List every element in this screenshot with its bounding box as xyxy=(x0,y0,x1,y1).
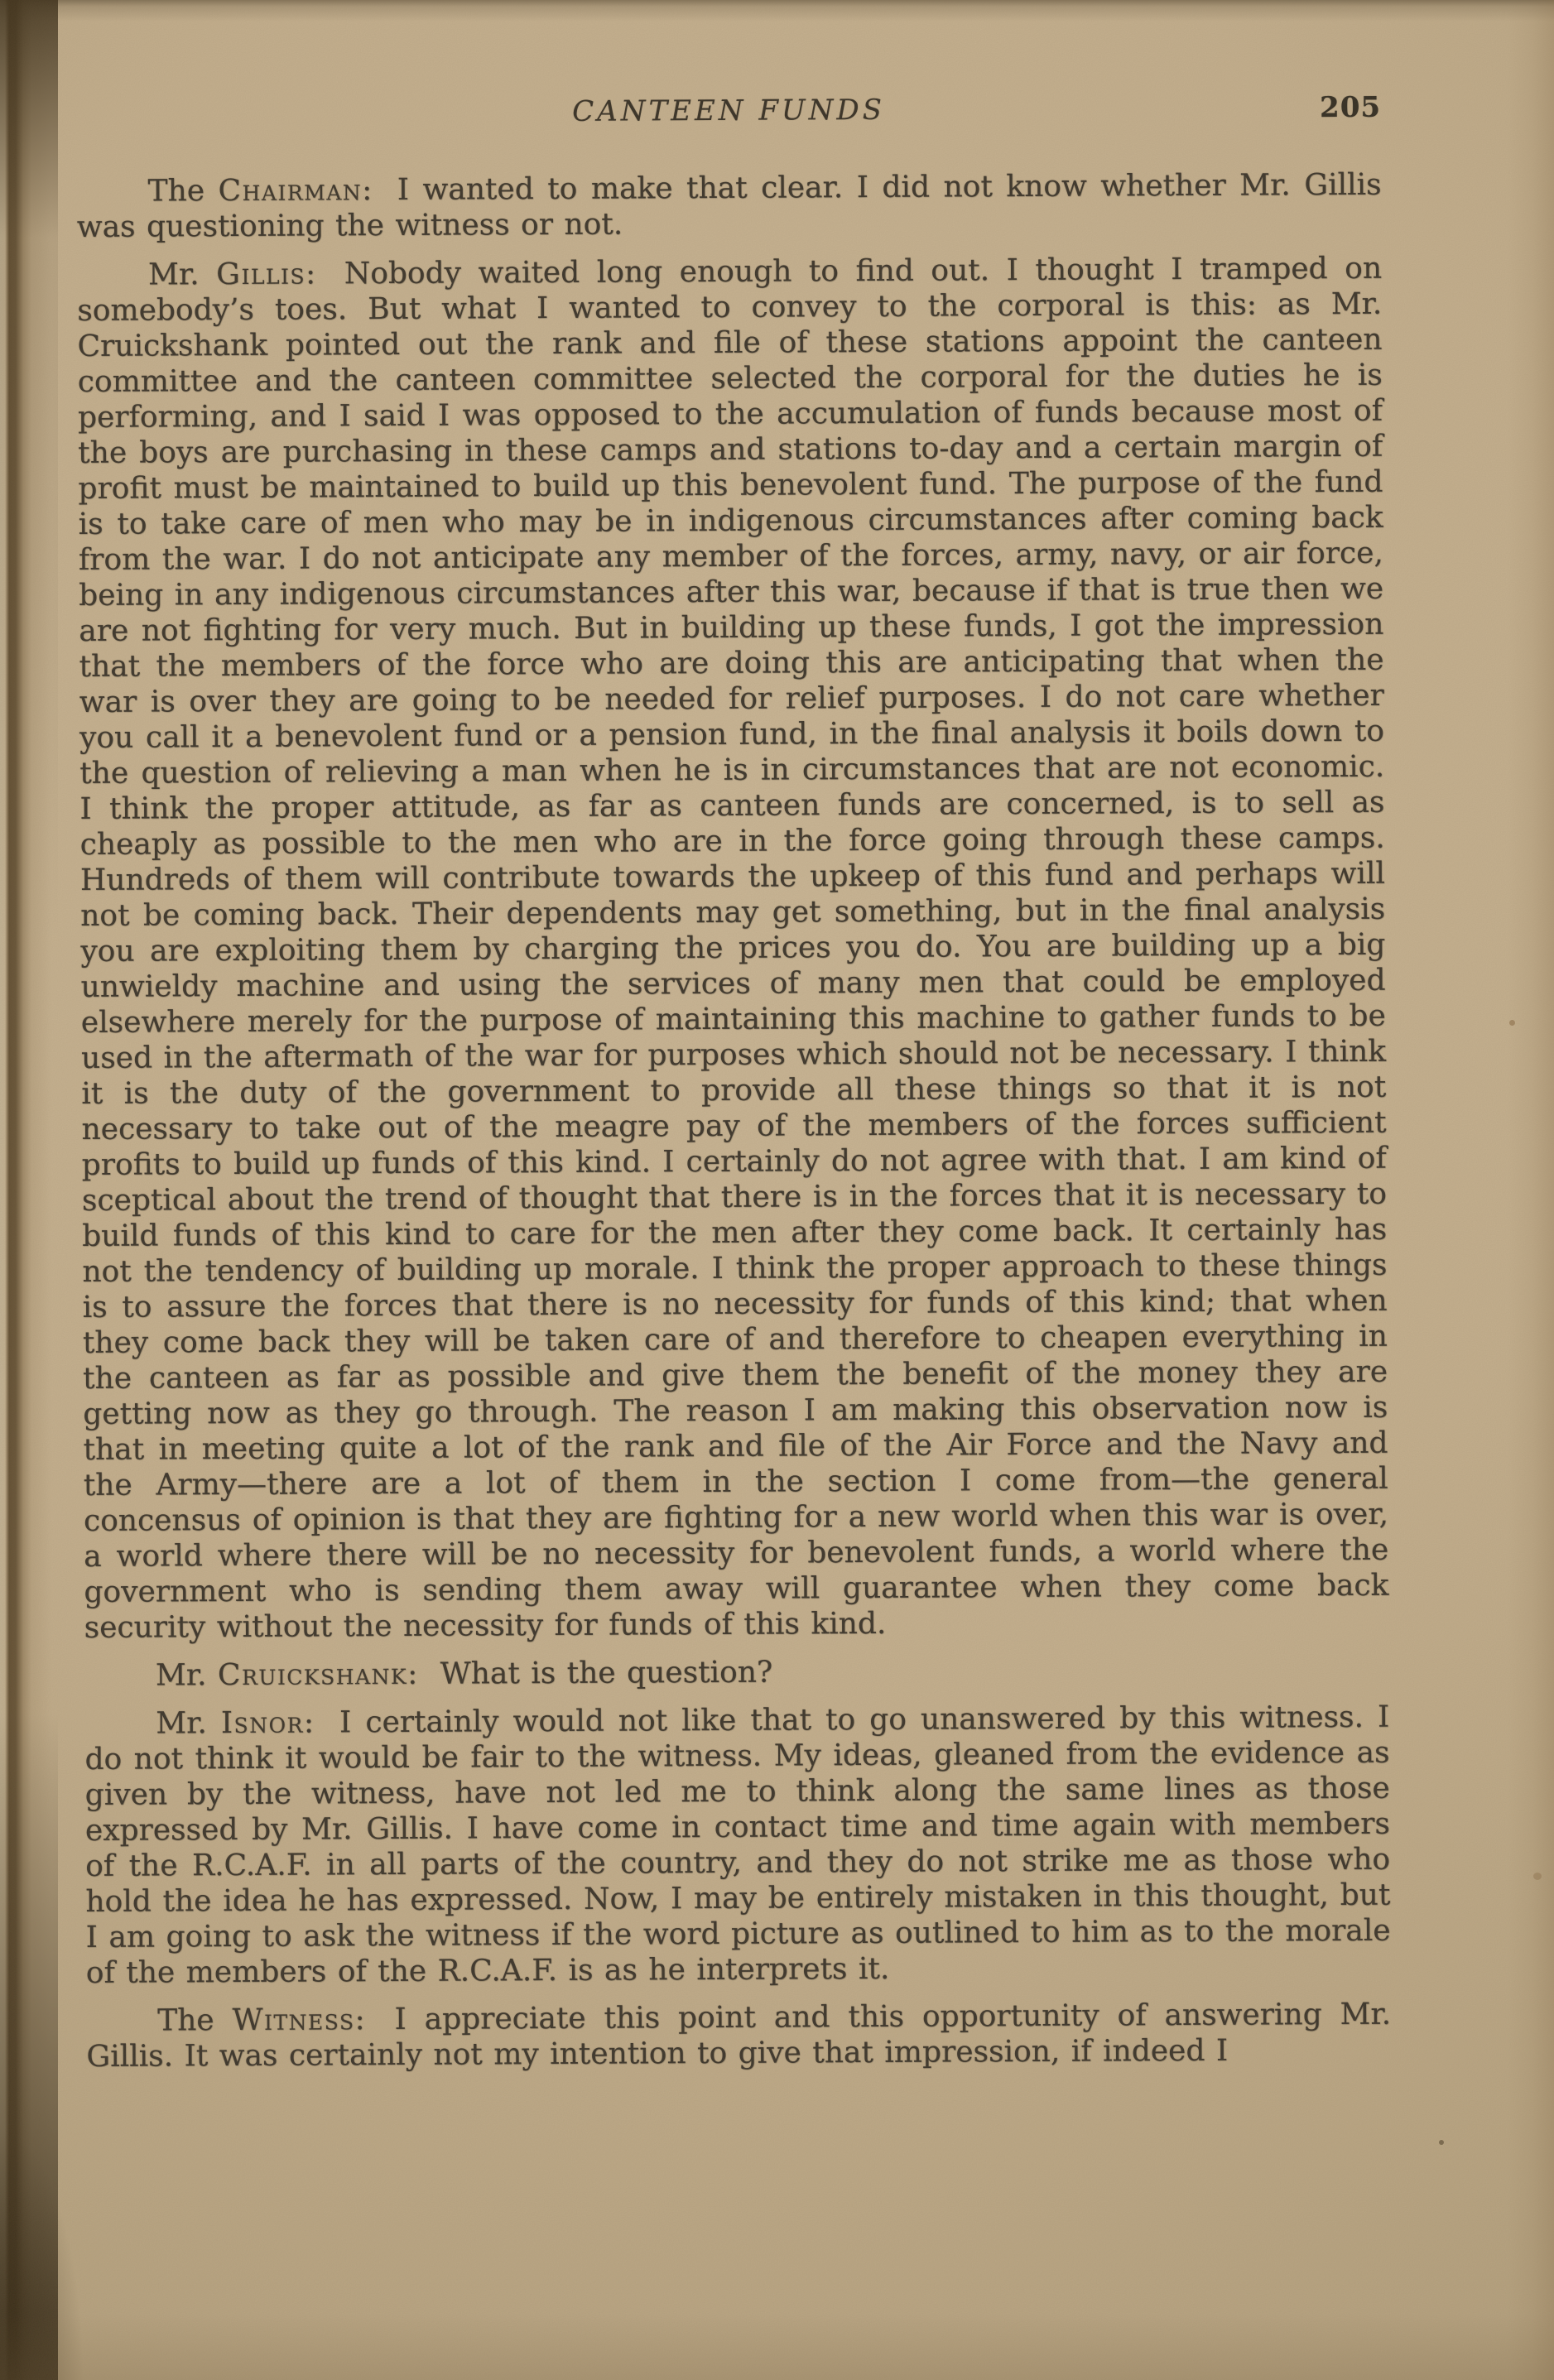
transcript-paragraph: Mr. Cruickshank: What is the question? xyxy=(84,1652,1389,1694)
speaker-prefix: The xyxy=(157,2003,233,2037)
speaker-name: Gillis xyxy=(216,257,306,292)
speaker-name: Chairman xyxy=(218,173,362,208)
paper-speck xyxy=(1439,2140,1444,2145)
speaker-colon: : xyxy=(306,257,315,291)
book-binding-gutter-shadow xyxy=(0,0,58,2380)
speaker-colon: : xyxy=(304,1706,314,1740)
paragraph-text: Nobody waited long enough to find out. I… xyxy=(77,252,1388,1645)
transcript-paragraph: The Witness: I appreciate this point and… xyxy=(86,1997,1391,2075)
speaker-prefix: Mr. xyxy=(156,1658,218,1692)
speaker-name: Witness xyxy=(232,2003,354,2037)
page-content: CANTEEN FUNDS 205 The Chairman: I wanted… xyxy=(76,91,1392,2087)
transcript-paragraph: Mr. Isnor: I certainly would not like th… xyxy=(84,1700,1391,1991)
paragraph-text: What is the question? xyxy=(429,1656,772,1691)
speaker-name: Isnor xyxy=(221,1706,304,1741)
scanned-book-page: CANTEEN FUNDS 205 The Chairman: I wanted… xyxy=(0,0,1554,2380)
speaker-colon: : xyxy=(407,1657,417,1691)
page-header: CANTEEN FUNDS 205 xyxy=(76,91,1381,133)
page-right-edge-shading xyxy=(1508,0,1554,2380)
speaker-prefix: The xyxy=(147,174,218,208)
transcript-body: The Chairman: I wanted to make that clea… xyxy=(76,167,1391,2075)
transcript-paragraph: The Chairman: I wanted to make that clea… xyxy=(76,167,1381,245)
speaker-colon: : xyxy=(362,173,372,207)
page-number: 205 xyxy=(1320,91,1381,124)
scan-top-edge-shadow xyxy=(0,0,1554,22)
page-title: CANTEEN FUNDS xyxy=(572,94,885,128)
speaker-colon: : xyxy=(354,2003,364,2036)
speaker-prefix: Mr. xyxy=(156,1706,221,1740)
page-bottom-edge-shading xyxy=(0,2314,1554,2380)
paper-speck xyxy=(1533,1873,1542,1880)
transcript-paragraph: Mr. Gillis: Nobody waited long enough to… xyxy=(77,251,1389,1646)
speaker-prefix: Mr. xyxy=(148,257,216,291)
speaker-name: Cruickshank xyxy=(218,1657,407,1692)
paper-speck xyxy=(1509,1020,1515,1026)
paragraph-text: I certainly would not like that to go un… xyxy=(84,1700,1390,1990)
